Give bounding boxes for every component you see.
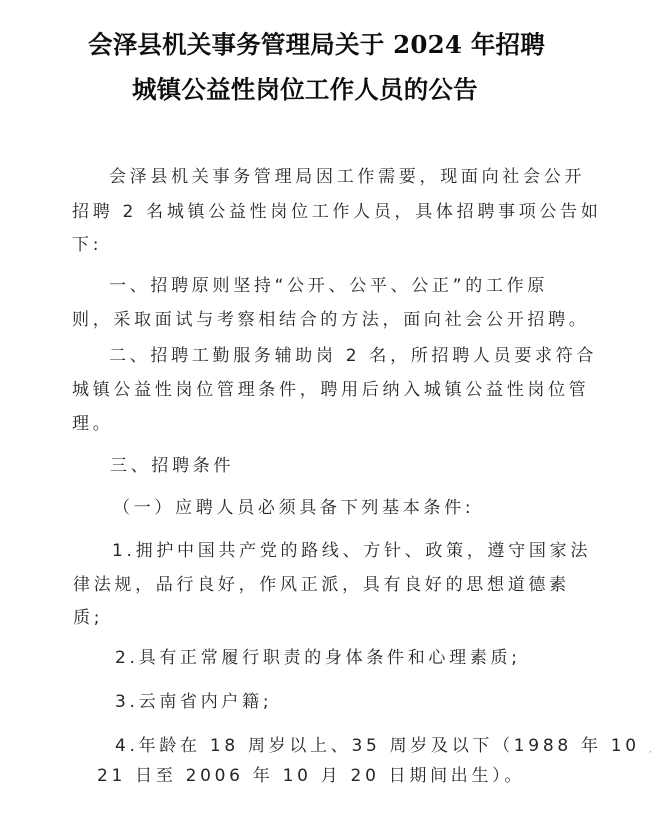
subsection-1-heading: （一）应聘人员必须具备下列基本条件: xyxy=(113,496,474,520)
section-1-line-2: 则，采取面试与考察相结合的方法，面向社会公开招聘。 xyxy=(72,308,590,332)
title-line-2: 城镇公益性岗位工作人员的公告 xyxy=(132,75,478,105)
condition-1-line-3: 质; xyxy=(73,606,103,630)
condition-4-line-2: 21 日至 2006 年 10 月 20 日期间出生）。 xyxy=(97,764,525,788)
condition-1-line-1: 1.拥护中国共产党的路线、方针、政策，遵守国家法 xyxy=(112,539,591,563)
intro-line-2: 招聘 2 名城镇公益性岗位工作人员，具体招聘事项公告如 xyxy=(72,200,602,224)
section-2-line-3: 理。 xyxy=(72,412,113,436)
condition-1-line-2: 律法规，品行良好，作风正派，具有良好的思想道德素 xyxy=(73,573,570,597)
section-3-heading: 三、招聘条件 xyxy=(110,454,234,478)
title-line-1: 会泽县机关事务管理局关于 2024 年招聘 xyxy=(88,30,545,60)
condition-2-line-1: 2.具有正常履行职责的身体条件和心理素质; xyxy=(115,646,521,670)
section-2-line-1: 二、招聘工勤服务辅助岗 2 名，所招聘人员要求符合 xyxy=(109,344,597,368)
intro-line-1: 会泽县机关事务管理局因工作需要，现面向社会公开 xyxy=(109,165,585,189)
intro-line-3: 下: xyxy=(72,233,102,257)
document-page: 会泽县机关事务管理局关于 2024 年招聘 城镇公益性岗位工作人员的公告 会泽县… xyxy=(0,0,651,814)
condition-4-line-1: 4.年龄在 18 周岁以上、35 周岁及以下（1988 年 10 月 xyxy=(115,734,651,758)
section-1-line-1: 一、招聘原则坚持“公开、公平、公正”的工作原 xyxy=(109,274,548,298)
section-2-line-2: 城镇公益性岗位管理条件，聘用后纳入城镇公益性岗位管 xyxy=(72,378,590,402)
condition-3-line-1: 3.云南省内户籍; xyxy=(115,690,272,714)
